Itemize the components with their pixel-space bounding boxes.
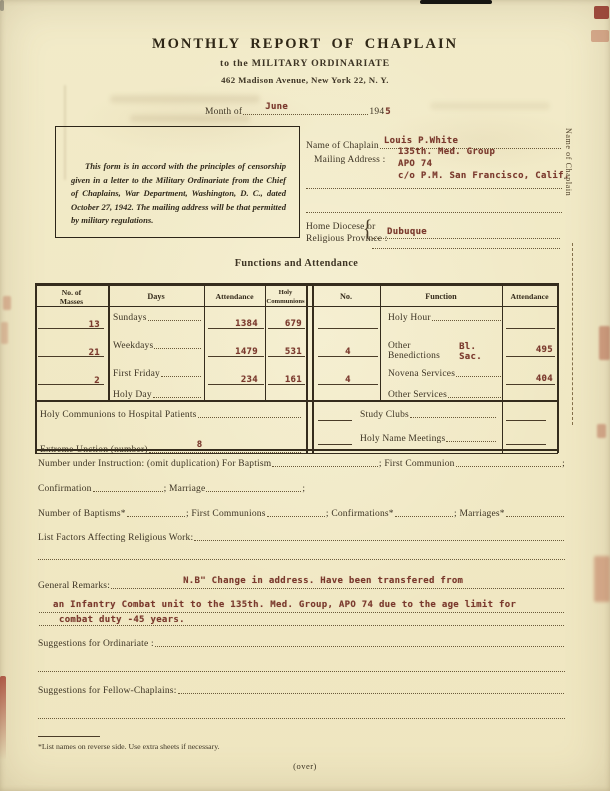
communions-value: 679 (266, 319, 302, 329)
table-rule (35, 283, 37, 453)
suggestions-fellow-label: Suggestions for Fellow-Chaplains: (38, 686, 177, 696)
instruction-text: Confirmation (38, 484, 92, 494)
table-rule (35, 400, 558, 402)
col-header-masses: No. of Masses (35, 288, 108, 306)
table-row: Other Benedictions Bl. Sac. (388, 341, 502, 361)
red-edge-mark (3, 296, 11, 310)
year-printed: 194 (369, 107, 384, 117)
month-value: June (265, 102, 288, 112)
masses-value: 2 (38, 376, 100, 386)
mailing-address-value: 135th. Med. Group APO 74 c/o P.M. San Fr… (398, 146, 570, 182)
extreme-unction-row: Extreme Unction (number) 8 (40, 434, 302, 455)
suggestions-ordinariate-label: Suggestions for Ordinariate : (38, 639, 154, 649)
col-header-communions: Holy Communions (265, 288, 306, 306)
instruction-text: ; (562, 459, 565, 469)
red-edge-strip (0, 676, 6, 760)
masses-value: 13 (38, 320, 100, 330)
general-remarks-label: General Remarks: (38, 581, 110, 591)
table-rule (557, 283, 559, 453)
function-attendance: 495 (500, 345, 553, 355)
table-rule (312, 283, 314, 453)
footnote-rule (38, 736, 100, 737)
write-in-line (506, 384, 555, 385)
list-factors-label: List Factors Affecting Religious Work: (38, 533, 193, 543)
attendance-value: 1479 (200, 347, 258, 357)
chaplain-name-label: Name of Chaplain (306, 141, 379, 151)
write-in-line (318, 444, 352, 445)
table-row: Weekdays (113, 341, 202, 351)
red-edge-mark (594, 556, 610, 602)
table-rule (35, 306, 558, 307)
holy-name-row: Holy Name Meetings (360, 434, 497, 444)
study-clubs-label: Study Clubs (360, 410, 409, 420)
col-header-function: Function (380, 292, 502, 301)
function-label: Novena Services (388, 369, 455, 379)
scan-corner-smudge (0, 0, 4, 11)
vertical-fold-label: Name of Chaplain (564, 128, 573, 240)
scan-black-bar (420, 0, 492, 4)
mailing-line-1: 135th. Med. Group (398, 146, 570, 158)
month-blank: June (243, 96, 368, 115)
extreme-unction-value: 8 (197, 440, 203, 450)
remarks-typed-3: combat duty -45 years. (59, 615, 185, 625)
suggestions-fellow-row: Suggestions for Fellow-Chaplains: (38, 686, 565, 696)
instruction-text: ; (302, 484, 305, 494)
function-label: Other Services (388, 390, 447, 400)
instruction-text: ; Confirmations* (326, 509, 394, 519)
masses-value: 21 (38, 348, 100, 358)
page-address: 462 Madison Avenue, New York 22, N. Y. (0, 75, 610, 85)
col-header-days: Days (108, 292, 204, 301)
extreme-unction-label: Extreme Unction (number) (40, 445, 148, 455)
table-row: Holy Hour (388, 313, 502, 323)
footnote-text: *List names on reverse side. Use extra s… (38, 742, 220, 751)
instruction-text: ; Marriages* (454, 509, 505, 519)
instruction-line-1: Number under Instruction: (omit duplicat… (38, 459, 565, 469)
table-title: Functions and Attendance (35, 258, 558, 269)
instruction-text: Number of Baptisms* (38, 509, 126, 519)
month-field: Month of June 194 5 (205, 96, 391, 117)
write-in-line (318, 420, 352, 421)
day-label: Weekdays (113, 341, 153, 351)
page-subtitle: to the MILITARY ORDINARIATE (0, 58, 610, 69)
red-edge-mark (599, 326, 610, 360)
diocese-brace: { (363, 216, 372, 244)
table-rule (502, 283, 503, 453)
bleedthrough (430, 102, 550, 110)
mailing-line-2: APO 74 (398, 158, 570, 170)
instruction-text: ; Marriage (164, 484, 206, 494)
hospital-communions-label: Holy Communions to Hospital Patients (40, 410, 197, 420)
table-row: Novena Services (388, 369, 502, 379)
over-text: (over) (0, 761, 610, 771)
diocese-rule (372, 230, 560, 239)
censorship-notice-box: This form is in accord with the principl… (55, 126, 300, 238)
table-rule (35, 283, 558, 286)
instruction-text: ; First Communions (186, 509, 266, 519)
year-typed: 5 (385, 107, 391, 117)
write-in-line (506, 444, 546, 445)
attendance-value: 234 (200, 375, 258, 385)
col-header-no: No. (312, 292, 380, 301)
red-edge-mark (597, 424, 606, 438)
blank-rule (38, 710, 565, 719)
general-remarks-row: General Remarks: N.B" Change in address.… (38, 570, 565, 591)
attendance-value: 1384 (200, 319, 258, 329)
diocese-rule (372, 240, 560, 249)
mailing-line-3: c/o P.M. San Francisco, Calif. (398, 170, 570, 182)
table-row: First Friday (113, 369, 202, 379)
blank-rule (38, 663, 565, 672)
write-in-line (506, 328, 555, 329)
list-factors-line: List Factors Affecting Religious Work: (38, 533, 565, 543)
table-rule (306, 283, 308, 453)
blank-rule (38, 551, 565, 560)
remarks-typed-1: N.B" Change in address. Have been transf… (183, 576, 463, 586)
instruction-text: Number under Instruction: (omit duplicat… (38, 459, 271, 469)
write-in-line (506, 420, 546, 421)
vertical-fold-line (572, 243, 573, 425)
study-clubs-row: Study Clubs (360, 410, 497, 420)
function-count: 4 (318, 375, 378, 385)
table-row: Holy Day (113, 390, 202, 400)
mailing-address-label: Mailing Address : (314, 155, 385, 165)
remarks-typed-2: an Infantry Combat unit to the 135th. Me… (53, 600, 516, 610)
day-label: Sundays (113, 313, 147, 323)
function-label: Other Benedictions (388, 341, 457, 361)
instruction-text: ; First Communion (379, 459, 455, 469)
write-in-line (506, 356, 555, 357)
page-title: MONTHLY REPORT OF CHAPLAIN (0, 36, 610, 53)
function-count: 4 (318, 347, 378, 357)
write-in-line (318, 328, 378, 329)
hospital-communions-row: Holy Communions to Hospital Patients (40, 410, 302, 420)
red-edge-mark (1, 322, 8, 344)
day-label: Holy Day (113, 390, 152, 400)
day-label: First Friday (113, 369, 160, 379)
general-remarks-row: combat duty -45 years. (38, 615, 565, 628)
col-header-attendance: Attendance (204, 292, 265, 301)
censorship-notice-text: This form is in accord with the principl… (56, 127, 299, 228)
mailing-rule (306, 182, 562, 189)
suggestions-ordinariate-row: Suggestions for Ordinariate : (38, 639, 565, 649)
instruction-line-2: Confirmation ; Marriage ; (38, 484, 565, 494)
col-header-attendance-right: Attendance (502, 292, 557, 301)
redaction-mark (594, 6, 609, 19)
mailing-rule (306, 206, 562, 213)
chaplain-name-value: Louis P.White (384, 136, 458, 146)
instruction-line-3: Number of Baptisms* ; First Communions ;… (38, 509, 565, 519)
communions-value: 161 (266, 375, 302, 385)
function-attendance: 404 (500, 374, 553, 384)
communions-value: 531 (266, 347, 302, 357)
month-label: Month of (205, 107, 242, 117)
function-note: Bl. Sac. (459, 342, 500, 362)
function-label: Holy Hour (388, 313, 431, 323)
table-row: Other Services (388, 390, 502, 400)
general-remarks-row: an Infantry Combat unit to the 135th. Me… (38, 594, 565, 615)
holy-name-label: Holy Name Meetings (360, 434, 445, 444)
scanned-document: MONTHLY REPORT OF CHAPLAIN to the MILITA… (0, 0, 610, 791)
table-row: Sundays (113, 313, 202, 323)
